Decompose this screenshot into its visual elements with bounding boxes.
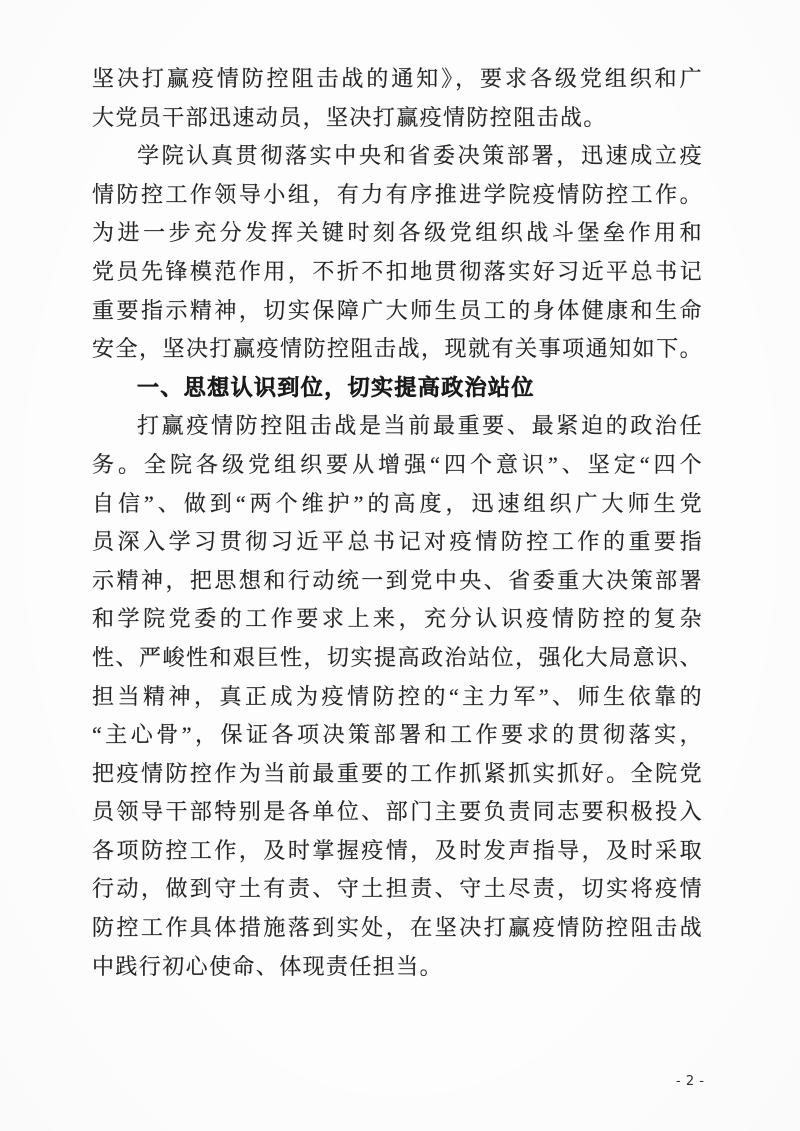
- document-line: 情防控工作领导小组，有力有序推进学院疫情防控工作。: [92, 176, 703, 215]
- document-line: 各项防控工作，及时掌握疫情，及时发声指导，及时采取: [92, 832, 703, 871]
- document-line: 打赢疫情防控阻击战是当前最重要、最紧迫的政治任: [92, 407, 703, 446]
- document-line: 员领导干部特别是各单位、部门主要负责同志要积极投入: [92, 793, 703, 832]
- document-line: “主心骨”，保证各项决策部署和工作要求的贯彻落实，: [92, 716, 703, 755]
- document-line: 安全，坚决打赢疫情防控阻击战，现就有关事项通知如下。: [92, 330, 703, 369]
- document-line: 和学院党委的工作要求上来，充分认识疫情防控的复杂: [92, 600, 703, 639]
- document-body: 坚决打赢疫情防控阻击战的通知》，要求各级党组织和广大党员干部迅速动员，坚决打赢疫…: [92, 60, 703, 986]
- document-line: 重要指示精神，切实保障广大师生员工的身体健康和生命: [92, 292, 703, 331]
- document-line: 学院认真贯彻落实中央和省委决策部署，迅速成立疫: [92, 137, 703, 176]
- section-heading: 一、思想认识到位，切实提高政治站位: [92, 369, 703, 408]
- document-line: 自信”、做到“两个维护”的高度，迅速组织广大师生党: [92, 485, 703, 524]
- document-line: 员深入学习贯彻习近平总书记对疫情防控工作的重要指: [92, 523, 703, 562]
- document-line: 示精神，把思想和行动统一到党中央、省委重大决策部署: [92, 562, 703, 601]
- document-line: 为进一步充分发挥关键时刻各级党组织战斗堡垒作用和: [92, 214, 703, 253]
- document-line: 把疫情防控作为当前最重要的工作抓紧抓实抓好。全院党: [92, 755, 703, 794]
- document-line: 防控工作具体措施落到实处，在坚决打赢疫情防控阻击战: [92, 909, 703, 948]
- document-line: 党员先锋模范作用，不折不扣地贯彻落实好习近平总书记: [92, 253, 703, 292]
- document-line: 行动，做到守土有责、守土担责、守土尽责，切实将疫情: [92, 870, 703, 909]
- document-line: 坚决打赢疫情防控阻击战的通知》，要求各级党组织和广: [92, 60, 703, 99]
- document-line: 中践行初心使命、体现责任担当。: [92, 948, 703, 987]
- document-line: 性、严峻性和艰巨性，切实提高政治站位，强化大局意识、: [92, 639, 703, 678]
- document-line: 担当精神，真正成为疫情防控的“主力军”、师生依靠的: [92, 678, 703, 717]
- document-line: 务。全院各级党组织要从增强“四个意识”、坚定“四个: [92, 446, 703, 485]
- document-page: 坚决打赢疫情防控阻击战的通知》，要求各级党组织和广大党员干部迅速动员，坚决打赢疫…: [0, 0, 800, 1131]
- document-line: 大党员干部迅速动员，坚决打赢疫情防控阻击战。: [92, 99, 703, 138]
- page-number: - 2 -: [676, 1074, 704, 1089]
